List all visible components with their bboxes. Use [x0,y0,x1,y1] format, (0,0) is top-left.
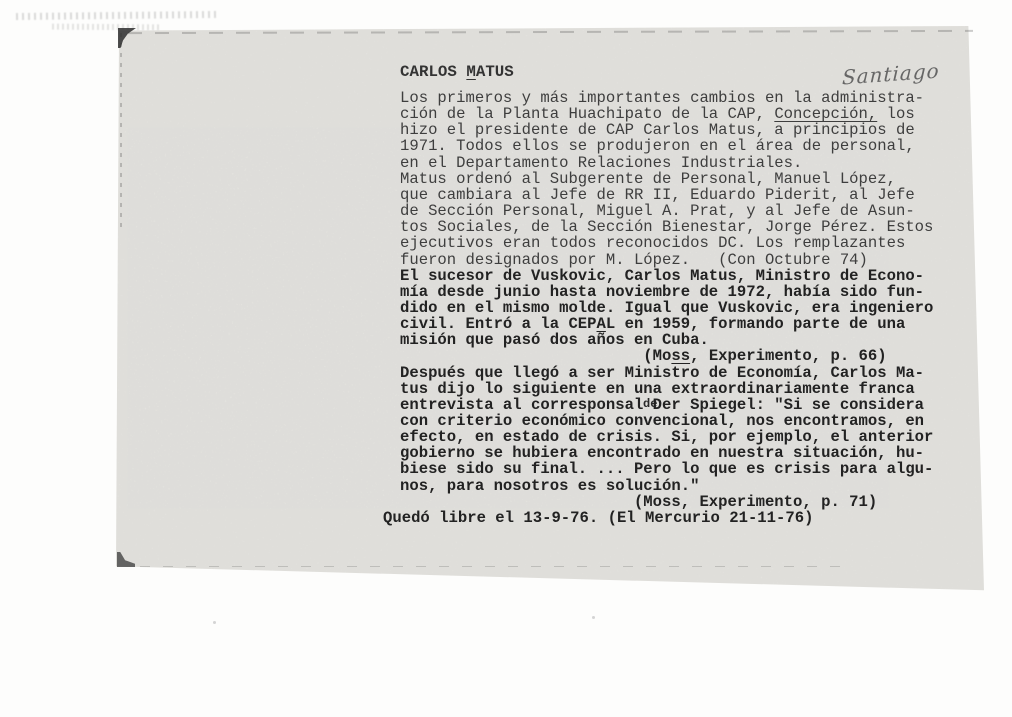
typed-line: dido en el mismo molde. Igual que Vuskov… [400,300,933,316]
typed-line: hizo el presidente de CAP Carlos Matus, … [400,122,915,138]
typed-line: que cambiara al Jefe de RR II, Eduardo P… [400,187,915,203]
typed-line: Después que llegó a ser Ministro de Econ… [400,365,924,381]
typed-line: civil. Entró a la CEPAL en 1959, formand… [400,316,905,332]
typed-line: fueron designados por M. López. (Con Oct… [400,252,868,268]
typed-line: ejecutivos eran todos reconocidos DC. Lo… [400,235,905,251]
typed-line: Matus ordenó al Subgerente de Personal, … [400,171,896,187]
underlined-text: M [466,63,475,81]
typed-line: misión que pasó dos años en Cuba. [400,332,709,348]
typed-line: Quedó libre el 13-9-76. (El Mercurio 21-… [383,510,813,526]
typed-text-block: CARLOS MATUS de Los primeros y más impor… [0,0,1012,717]
scanned-page: CARLOS MATUS de Los primeros y más impor… [0,0,1012,717]
typed-line: nos, para nosotros es solución." [400,478,699,494]
text-segment: Quedó libre el 13-9-76. (El Mercurio 21-… [383,509,813,527]
typed-line: (Moss, Experimento, p. 66) [400,348,887,364]
typed-line: gobierno se hubiera encontrado en nuestr… [400,445,924,461]
typed-line: Los primeros y más importantes cambios e… [400,90,924,106]
typed-line: El sucesor de Vuskovic, Carlos Matus, Mi… [400,268,924,284]
text-segment: ATUS [476,63,514,81]
typed-line: tos Sociales, de la Sección Bienestar, J… [400,219,933,235]
typed-line: tus dijo lo siguiente en una extraordina… [400,381,915,397]
typed-line: entrevista al corresponsal Der Spiegel: … [400,397,924,413]
typed-line: (Moss, Experimento, p. 71) [400,494,877,510]
typed-line: efecto, en estado de crisis. Si, por eje… [400,429,933,445]
typed-line: ción de la Planta Huachipato de la CAP, … [400,106,915,122]
text-segment: CARLOS [400,63,466,81]
typed-line: en el Departamento Relaciones Industrial… [400,155,802,171]
typed-line: biese sido su final. ... Pero lo que es … [400,461,933,477]
typed-line: con criterio económico convencional, nos… [400,413,924,429]
typed-line: de Sección Personal, Miguel A. Prat, y a… [400,203,915,219]
typed-line: 1971. Todos ellos se produjeron en el ár… [400,138,915,154]
document-title: CARLOS MATUS [400,64,514,80]
typed-line: mía desde junio hasta noviembre de 1972,… [400,284,924,300]
